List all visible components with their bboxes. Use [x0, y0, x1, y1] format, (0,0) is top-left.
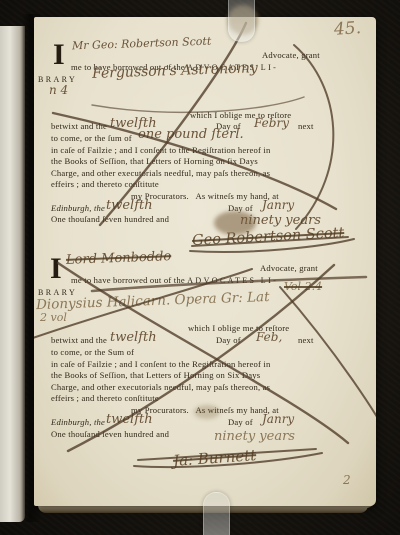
cross-stroke	[294, 45, 333, 229]
printed-day-of-2: Day of	[228, 417, 253, 427]
printed-grant-text: Advocate, grant	[260, 263, 318, 273]
printed-sum-label: to come, or the Sum of	[51, 347, 134, 357]
photograph-background: 45. I Mr Geo: Robertson Scott Advocate, …	[0, 0, 400, 535]
return-month-handwritten: Feb,	[256, 330, 282, 344]
printed-betwixt-label: betwixt and the	[51, 335, 107, 345]
signature-flourish-mark: 2	[343, 473, 351, 487]
printed-books-line: the Books of Seſſion, that Letters of Ho…	[51, 156, 258, 166]
printed-next-label: next	[298, 335, 314, 345]
book-page: 45. I Mr Geo: Robertson Scott Advocate, …	[34, 17, 376, 506]
signed-day-handwritten: twelfth	[106, 412, 153, 427]
borrower-name-handwritten: Mr Geo: Robertson Scott	[72, 35, 212, 53]
printed-failzie-line: in caſe of Failzie ; and I conſent to th…	[51, 359, 270, 369]
volume-note-handwritten: n 4	[49, 83, 68, 97]
signed-day-handwritten: twelfth	[106, 198, 153, 213]
cross-stroke	[280, 287, 376, 451]
printed-betwixt-label: betwixt and the	[51, 121, 107, 131]
volume-note-handwritten: 2 vol	[40, 311, 67, 324]
printed-procurators-line: my Procurators. As witneſs my hand, at	[131, 191, 279, 201]
year-written-handwritten: ninety years	[214, 429, 295, 444]
ink-smudge	[194, 405, 220, 419]
return-day-handwritten: twelfth	[110, 330, 157, 345]
struck-out-entry-tail: Vol 2.4	[284, 280, 322, 293]
printed-charge-line: Charge, and other executorials needful, …	[51, 382, 270, 392]
penalty-sum-handwritten: one pound ſterl.	[138, 127, 244, 142]
printed-day-of: Day of	[216, 335, 241, 345]
printed-edinburgh-label: Edinburgh, the	[51, 203, 105, 213]
drop-cap: I	[50, 257, 62, 281]
return-month-handwritten: Febry	[254, 116, 289, 130]
signed-month-handwritten: Janry	[262, 412, 294, 426]
signed-month-handwritten: Janry	[262, 198, 294, 212]
printed-grant-text: Advocate, grant	[262, 50, 320, 60]
printed-borrowed-line: me to have borrowed out of the ADVOCATES…	[71, 275, 278, 285]
signature-handwritten: Geo Robertson Scott	[192, 225, 345, 249]
printed-next-label: next	[298, 121, 314, 131]
signature-handwritten: Ja: Burnett	[172, 446, 256, 470]
printed-year-line: One thouſand ſeven hundred and	[51, 214, 169, 224]
printed-sum-label: to come, or the ſum of	[51, 133, 132, 143]
preservation-strap-top	[228, 0, 255, 42]
printed-year-line: One thouſand ſeven hundred and	[51, 429, 169, 439]
printed-failzie-line: in caſe of Failzie ; and I conſent to th…	[51, 145, 270, 155]
printed-effeirs-line: effeirs ; and thereto conſtitute	[51, 393, 159, 403]
library-name-caps: ADVOCATES LI-	[187, 276, 278, 285]
drop-cap: I	[53, 43, 65, 67]
ink-smudge	[214, 211, 256, 235]
printed-effeirs-line: effeirs ; and thereto conſtitute	[51, 179, 159, 189]
printed-edinburgh-label: Edinburgh, the	[51, 417, 105, 427]
printed-books-line: the Books of Seſſion, that Letters of Ho…	[51, 370, 260, 380]
borrower-name-handwritten: Lord Monboddo	[66, 249, 172, 268]
page-number: 45.	[333, 18, 361, 40]
printed-charge-line: Charge, and other executorials needful, …	[51, 168, 270, 178]
preservation-strap-bottom	[203, 492, 230, 535]
